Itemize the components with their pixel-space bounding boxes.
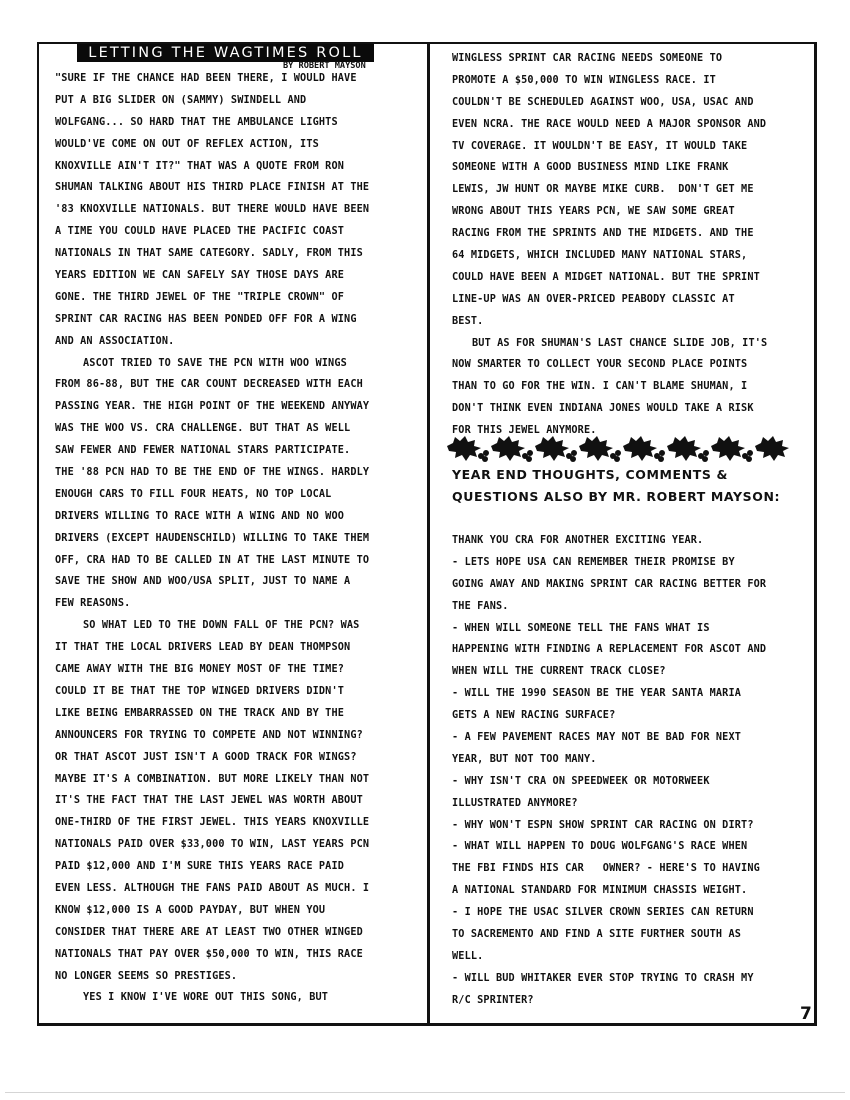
right-column: WINGLESS SPRINT CAR RACING NEEDS SOMEONE…	[452, 48, 804, 442]
text-line: NATIONALS PAID OVER $33,000 TO WIN, LAST…	[55, 834, 420, 856]
text-line: KNOW $12,000 IS A GOOD PAYDAY, BUT WHEN …	[55, 900, 420, 922]
newsletter-page: LETTING THE WAGTIMES ROLL BY ROBERT MAYS…	[0, 0, 850, 1100]
text-line: LINE-UP WAS AN OVER-PRICED PEABODY CLASS…	[452, 289, 804, 311]
text-line: TV COVERAGE. IT WOULDN'T BE EASY, IT WOU…	[452, 136, 804, 158]
text-line: FEW REASONS.	[55, 593, 420, 615]
text-line: IT'S THE FACT THAT THE LAST JEWEL WAS WO…	[55, 790, 420, 812]
text-line: WELL.	[452, 946, 804, 968]
text-line: THAN TO GO FOR THE WIN. I CAN'T BLAME SH…	[452, 376, 804, 398]
text-line: KNOXVILLE AIN'T IT?" THAT WAS A QUOTE FR…	[55, 156, 420, 178]
text-line: EVEN NCRA. THE RACE WOULD NEED A MAJOR S…	[452, 114, 804, 136]
text-line: SHUMAN TALKING ABOUT HIS THIRD PLACE FIN…	[55, 177, 420, 199]
text-line: PAID $12,000 AND I'M SURE THIS YEARS RAC…	[55, 856, 420, 878]
text-line: - I HOPE THE USAC SILVER CROWN SERIES CA…	[452, 902, 804, 924]
text-line: EVEN LESS. ALTHOUGH THE FANS PAID ABOUT …	[55, 878, 420, 900]
text-line: COULDN'T BE SCHEDULED AGAINST WOO, USA, …	[452, 92, 804, 114]
text-line: A TIME YOU COULD HAVE PLACED THE PACIFIC…	[55, 221, 420, 243]
text-line: PUT A BIG SLIDER ON (SAMMY) SWINDELL AND	[55, 90, 420, 112]
text-line: SAVE THE SHOW AND WOO/USA SPLIT, JUST TO…	[55, 571, 420, 593]
text-line: THANK YOU CRA FOR ANOTHER EXCITING YEAR.	[452, 530, 804, 552]
text-line: 64 MIDGETS, WHICH INCLUDED MANY NATIONAL…	[452, 245, 804, 267]
left-column: "SURE IF THE CHANCE HAD BEEN THERE, I WO…	[55, 68, 420, 1009]
section-heading-line-1: YEAR END THOUGHTS, COMMENTS &	[452, 467, 728, 482]
text-line: ILLUSTRATED ANYMORE?	[452, 793, 804, 815]
text-line: YES I KNOW I'VE WORE OUT THIS SONG, BUT	[55, 987, 420, 1009]
text-line: '83 KNOXVILLE NATIONALS. BUT THERE WOULD…	[55, 199, 420, 221]
text-line: YEAR, BUT NOT TOO MANY.	[452, 749, 804, 771]
text-line: BUT AS FOR SHUMAN'S LAST CHANCE SLIDE JO…	[452, 333, 804, 355]
text-line: NATIONALS THAT PAY OVER $50,000 TO WIN, …	[55, 944, 420, 966]
text-line: SOMEONE WITH A GOOD BUSINESS MIND LIKE F…	[452, 157, 804, 179]
text-line: SO WHAT LED TO THE DOWN FALL OF THE PCN?…	[55, 615, 420, 637]
text-line: - WILL THE 1990 SEASON BE THE YEAR SANTA…	[452, 683, 804, 705]
text-line: ANNOUNCERS FOR TRYING TO COMPETE AND NOT…	[55, 725, 420, 747]
text-line: ASCOT TRIED TO SAVE THE PCN WITH WOO WIN…	[55, 353, 420, 375]
text-line: THE '88 PCN HAD TO BE THE END OF THE WIN…	[55, 462, 420, 484]
text-line: DRIVERS (EXCEPT HAUDENSCHILD) WILLING TO…	[55, 528, 420, 550]
page-number: 7	[800, 1004, 812, 1024]
text-line: ENOUGH CARS TO FILL FOUR HEATS, NO TOP L…	[55, 484, 420, 506]
text-line: SAW FEWER AND FEWER NATIONAL STARS PARTI…	[55, 440, 420, 462]
text-line: WHEN WILL THE CURRENT TRACK CLOSE?	[452, 661, 804, 683]
text-line: - WHAT WILL HAPPEN TO DOUG WOLFGANG'S RA…	[452, 836, 804, 858]
year-end-questions: THANK YOU CRA FOR ANOTHER EXCITING YEAR.…	[452, 530, 804, 1012]
text-line: SPRINT CAR RACING HAS BEEN PONDED OFF FO…	[55, 309, 420, 331]
text-line: RACING FROM THE SPRINTS AND THE MIDGETS.…	[452, 223, 804, 245]
text-line: NATIONALS IN THAT SAME CATEGORY. SADLY, …	[55, 243, 420, 265]
text-line: - WHEN WILL SOMEONE TELL THE FANS WHAT I…	[452, 618, 804, 640]
text-line: - WHY WON'T ESPN SHOW SPRINT CAR RACING …	[452, 815, 804, 837]
text-line: "SURE IF THE CHANCE HAD BEEN THERE, I WO…	[55, 68, 420, 90]
text-line: NOW SMARTER TO COLLECT YOUR SECOND PLACE…	[452, 354, 804, 376]
text-line: GETS A NEW RACING SURFACE?	[452, 705, 804, 727]
text-line: ONE-THIRD OF THE FIRST JEWEL. THIS YEARS…	[55, 812, 420, 834]
text-line: OFF, CRA HAD TO BE CALLED IN AT THE LAST…	[55, 550, 420, 572]
text-line: - WILL BUD WHITAKER EVER STOP TRYING TO …	[452, 968, 804, 990]
text-line: PROMOTE A $50,000 TO WIN WINGLESS RACE. …	[452, 70, 804, 92]
text-line: CONSIDER THAT THERE ARE AT LEAST TWO OTH…	[55, 922, 420, 944]
text-line: FROM 86-88, BUT THE CAR COUNT DECREASED …	[55, 374, 420, 396]
text-line: WOULD'VE COME ON OUT OF REFLEX ACTION, I…	[55, 134, 420, 156]
text-line: - A FEW PAVEMENT RACES MAY NOT BE BAD FO…	[452, 727, 804, 749]
text-line: HAPPENING WITH FINDING A REPLACEMENT FOR…	[452, 639, 804, 661]
text-line: WOLFGANG... SO HARD THAT THE AMBULANCE L…	[55, 112, 420, 134]
scan-edge-line	[5, 1092, 845, 1093]
text-line: GONE. THE THIRD JEWEL OF THE "TRIPLE CRO…	[55, 287, 420, 309]
text-line: GOING AWAY AND MAKING SPRINT CAR RACING …	[452, 574, 804, 596]
text-line: WINGLESS SPRINT CAR RACING NEEDS SOMEONE…	[452, 48, 804, 70]
text-line: YEARS EDITION WE CAN SAFELY SAY THOSE DA…	[55, 265, 420, 287]
text-line: OR THAT ASCOT JUST ISN'T A GOOD TRACK FO…	[55, 747, 420, 769]
text-line: BEST.	[452, 311, 804, 333]
text-line: THE FBI FINDS HIS CAR OWNER? - HERE'S TO…	[452, 858, 804, 880]
column-divider	[427, 42, 430, 1026]
text-line: WRONG ABOUT THIS YEARS PCN, WE SAW SOME …	[452, 201, 804, 223]
text-line: LIKE BEING EMBARRASSED ON THE TRACK AND …	[55, 703, 420, 725]
text-line: CAME AWAY WITH THE BIG MONEY MOST OF THE…	[55, 659, 420, 681]
text-line: IT THAT THE LOCAL DRIVERS LEAD BY DEAN T…	[55, 637, 420, 659]
text-line: MAYBE IT'S A COMBINATION. BUT MORE LIKEL…	[55, 769, 420, 791]
text-line: PASSING YEAR. THE HIGH POINT OF THE WEEK…	[55, 396, 420, 418]
text-line: COULD HAVE BEEN A MIDGET NATIONAL. BUT T…	[452, 267, 804, 289]
text-line: COULD IT BE THAT THE TOP WINGED DRIVERS …	[55, 681, 420, 703]
text-line: DON'T THINK EVEN INDIANA JONES WOULD TAK…	[452, 398, 804, 420]
text-line: WAS THE WOO VS. CRA CHALLENGE. BUT THAT …	[55, 418, 420, 440]
text-line: AND AN ASSOCIATION.	[55, 331, 420, 353]
text-line: NO LONGER SEEMS SO PRESTIGES.	[55, 966, 420, 988]
text-line: THE FANS.	[452, 596, 804, 618]
holly-border-icon	[447, 434, 797, 464]
text-line: R/C SPRINTER?	[452, 990, 804, 1012]
text-line: DRIVERS WILLING TO RACE WITH A WING AND …	[55, 506, 420, 528]
text-line: A NATIONAL STANDARD FOR MINIMUM CHASSIS …	[452, 880, 804, 902]
section-heading-line-2: QUESTIONS ALSO BY MR. ROBERT MAYSON:	[452, 489, 780, 504]
text-line: - LETS HOPE USA CAN REMEMBER THEIR PROMI…	[452, 552, 804, 574]
text-line: LEWIS, JW HUNT OR MAYBE MIKE CURB. DON'T…	[452, 179, 804, 201]
text-line: - WHY ISN'T CRA ON SPEEDWEEK OR MOTORWEE…	[452, 771, 804, 793]
text-line: TO SACREMENTO AND FIND A SITE FURTHER SO…	[452, 924, 804, 946]
article-title: LETTING THE WAGTIMES ROLL	[77, 44, 374, 62]
